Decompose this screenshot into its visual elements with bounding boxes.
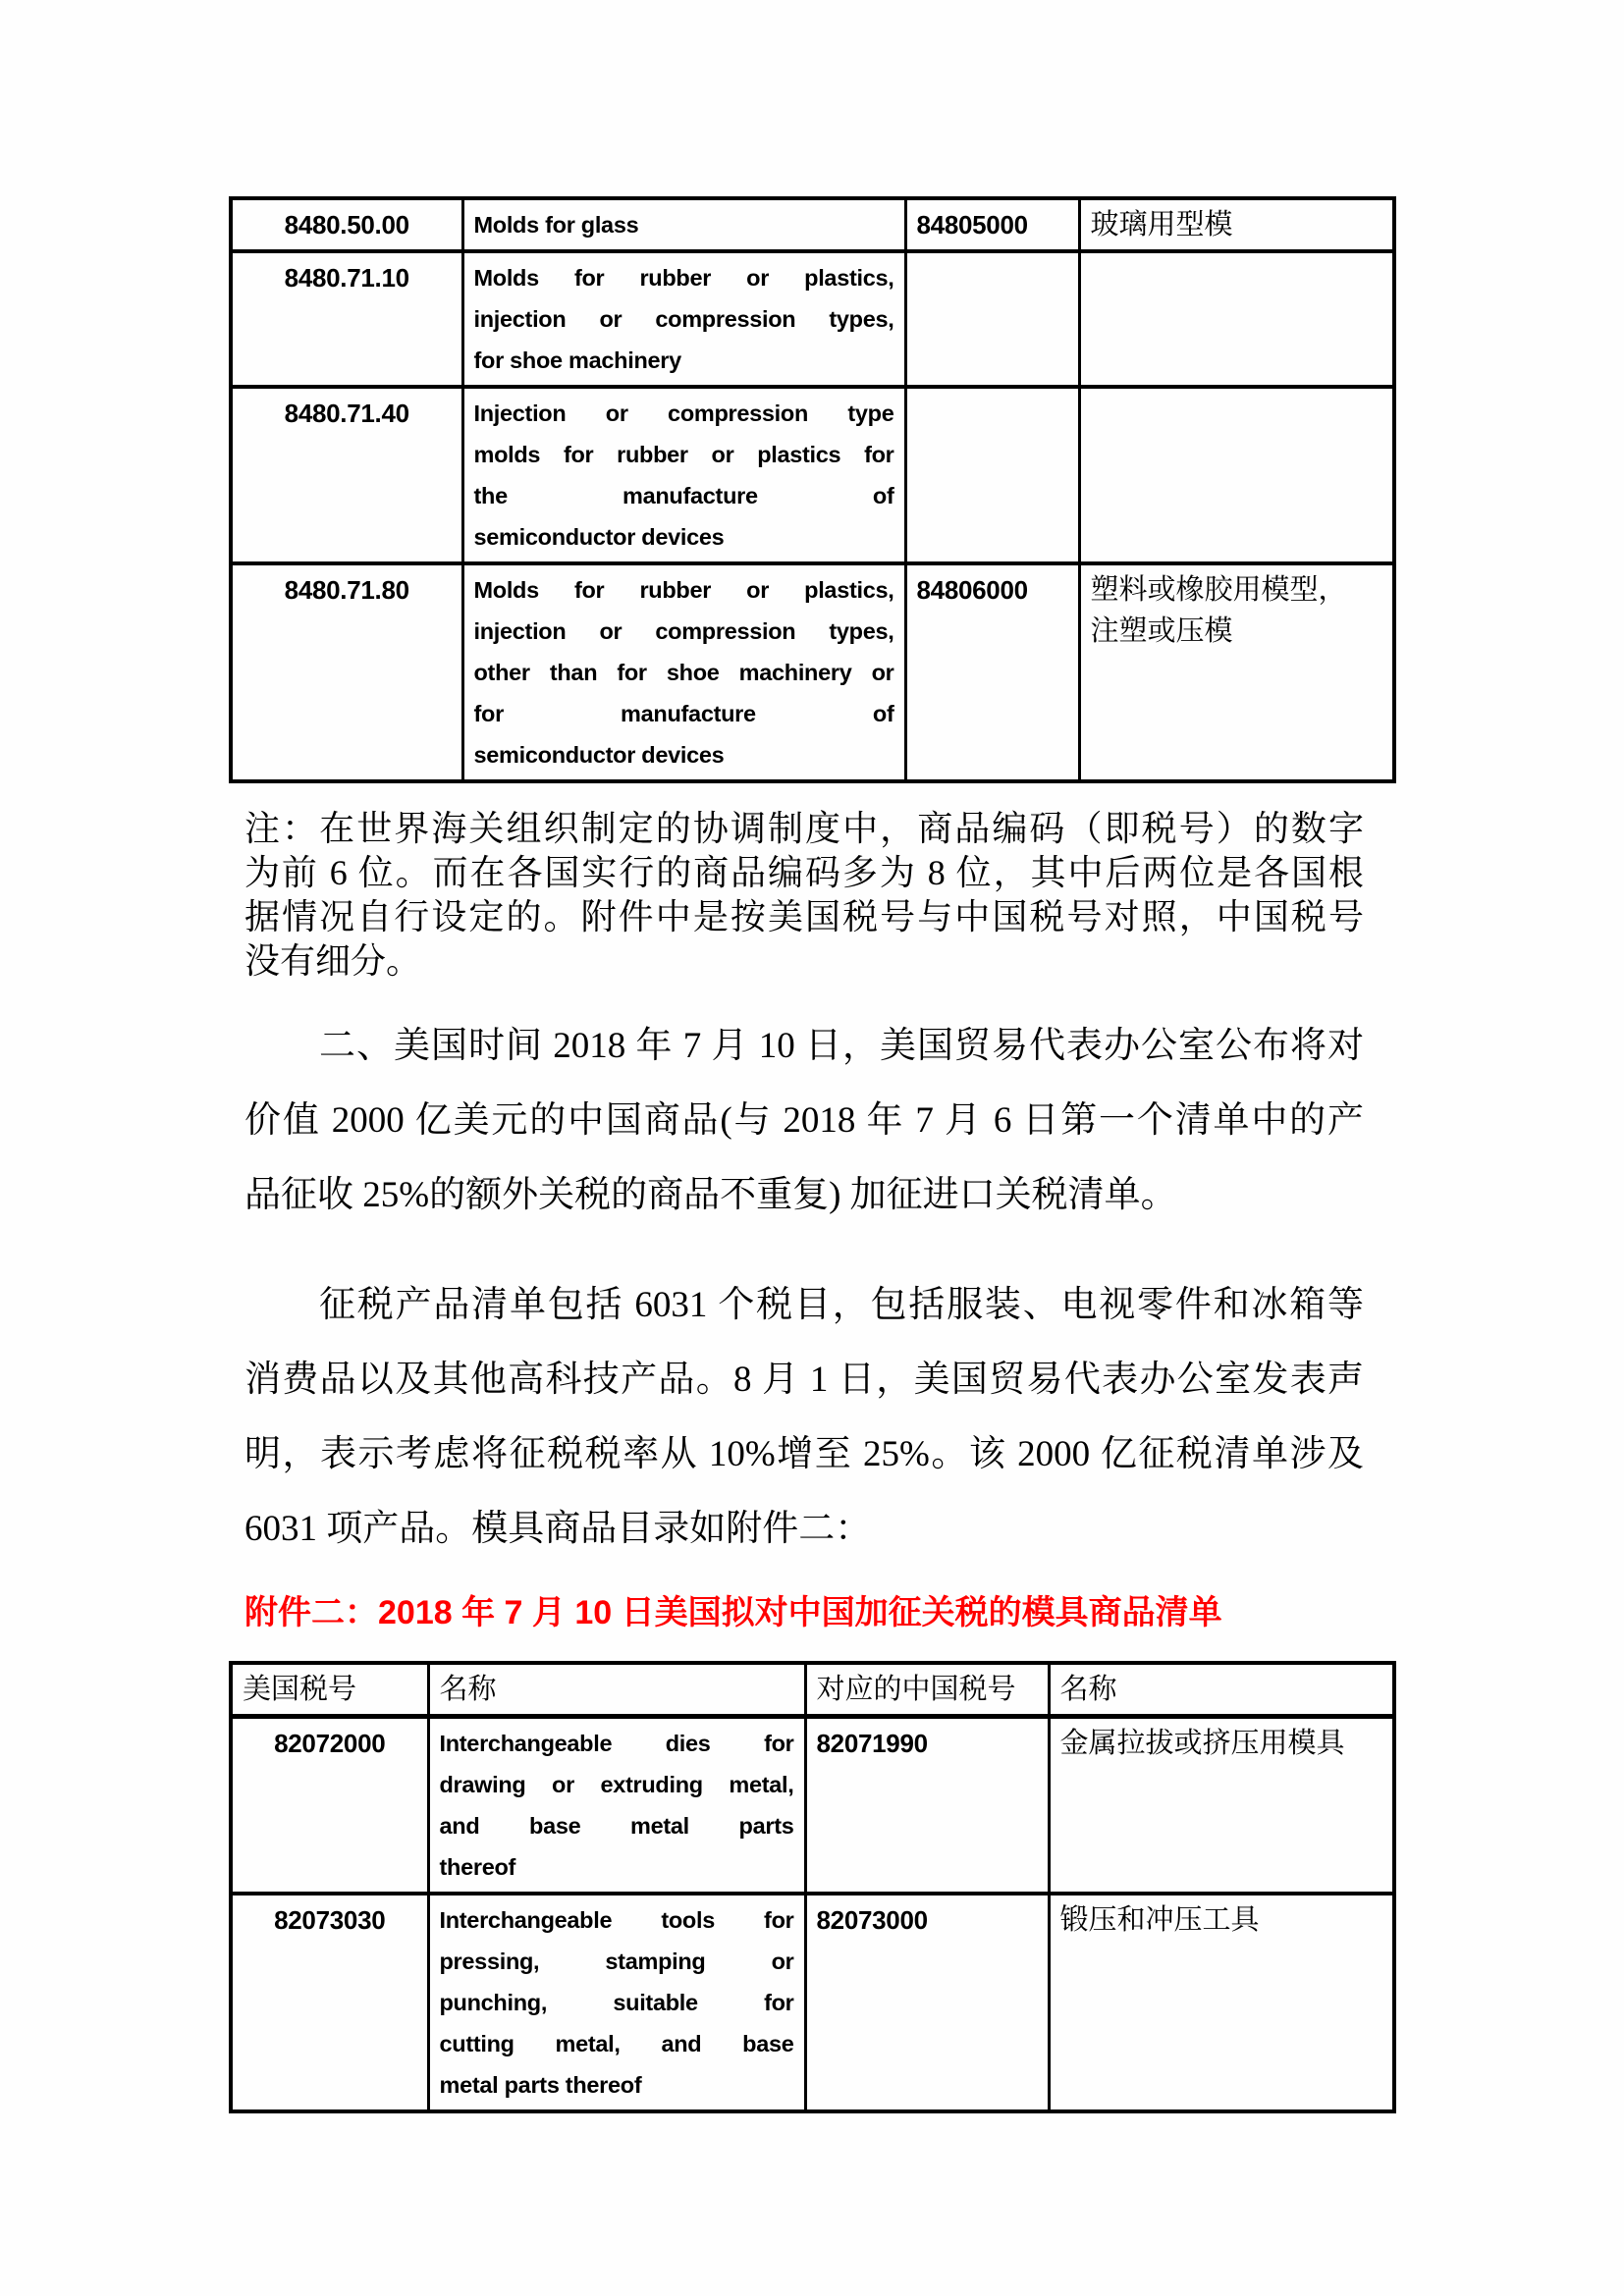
us-code-cell: 8480.71.40 (231, 387, 462, 563)
desc-line: the manufacture of (474, 475, 894, 516)
desc-line: thereof (440, 1846, 794, 1888)
desc-line: molds for rubber or plastics for (474, 434, 894, 475)
text-line: 征税产品清单包括 6031 个税目，包括服装、电视零件和冰箱等 (244, 1268, 1364, 1343)
cn-desc-cell: 塑料或橡胶用模型， 注塑或压模 (1079, 563, 1394, 781)
cn-desc-cell: 锻压和冲压工具 (1049, 1894, 1394, 2111)
text-line: 注：在世界海关组织制定的协调制度中，商品编码（即税号）的数字 (244, 807, 1364, 851)
desc-line: 玻璃用型模 (1091, 204, 1383, 245)
us-desc-cell: Molds for glass (462, 198, 905, 251)
table-row: 82072000 Interchangeable dies for drawin… (231, 1717, 1394, 1895)
cn-code-cell: 82073000 (805, 1894, 1049, 2111)
cn-desc-cell: 金属拉拔或挤压用模具 (1049, 1717, 1394, 1895)
desc-line: injection or compression types, (474, 611, 894, 652)
text-line: 消费品以及其他高科技产品。8 月 1 日，美国贸易代表办公室发表声 (244, 1343, 1364, 1417)
desc-line: and base metal parts (440, 1805, 794, 1846)
us-desc-cell: Molds for rubber or plastics, injection … (462, 563, 905, 781)
cn-code-cell: 82071990 (805, 1717, 1049, 1895)
desc-line: 塑料或橡胶用模型， (1091, 569, 1383, 611)
table-row: 8480.71.40 Injection or compression type… (231, 387, 1394, 563)
us-code-cell: 8480.71.80 (231, 563, 462, 781)
desc-line: for shoe machinery (474, 340, 894, 381)
us-code-cell: 8480.50.00 (231, 198, 462, 251)
desc-line: Molds for glass (474, 204, 894, 245)
table-header-row: 美国税号 名称 对应的中国税号 名称 (231, 1663, 1394, 1717)
table-row: 8480.71.10 Molds for rubber or plastics,… (231, 251, 1394, 387)
desc-line: Interchangeable tools for (440, 1899, 794, 1941)
text-line: 据情况自行设定的。附件中是按美国税号与中国税号对照，中国税号 (244, 895, 1364, 939)
tariff-table-1: 8480.50.00 Molds for glass 84805000 玻璃用型… (229, 196, 1396, 783)
desc-line: 金属拉拔或挤压用模具 (1060, 1723, 1383, 1764)
text-line: 价值 2000 亿美元的中国商品(与 2018 年 7 月 6 日第一个清单中的… (244, 1084, 1364, 1158)
desc-line: semiconductor devices (474, 734, 894, 775)
cn-code-cell (905, 251, 1079, 387)
table-row: 8480.50.00 Molds for glass 84805000 玻璃用型… (231, 198, 1394, 251)
desc-line: Molds for rubber or plastics, (474, 257, 894, 298)
cn-desc-cell (1079, 251, 1394, 387)
text-line: 6031 项产品。模具商品目录如附件二： (244, 1492, 1364, 1567)
header-us-code: 美国税号 (231, 1663, 428, 1717)
document-page: 8480.50.00 Molds for glass 84805000 玻璃用型… (0, 0, 1624, 2296)
desc-line: pressing, stamping or (440, 1941, 794, 1982)
table-row: 8480.71.80 Molds for rubber or plastics,… (231, 563, 1394, 781)
desc-line: cutting metal, and base (440, 2023, 794, 2064)
desc-line: injection or compression types, (474, 298, 894, 340)
text-line: 明，表示考虑将征税税率从 10%增至 25%。该 2000 亿征税清单涉及 (244, 1417, 1364, 1492)
desc-line: Injection or compression type (474, 393, 894, 434)
cn-code-cell: 84805000 (905, 198, 1079, 251)
cn-desc-cell (1079, 387, 1394, 563)
us-desc-cell: Molds for rubber or plastics, injection … (462, 251, 905, 387)
header-cn-code: 对应的中国税号 (805, 1663, 1049, 1717)
us-code-cell: 8480.71.10 (231, 251, 462, 387)
header-cn-name: 名称 (1049, 1663, 1394, 1717)
paragraph-tax-list: 征税产品清单包括 6031 个税目，包括服装、电视零件和冰箱等 消费品以及其他高… (244, 1268, 1364, 1567)
attachment-2-heading: 附件二：2018 年 7 月 10 日美国拟对中国加征关税的模具商品清单 (244, 1590, 1433, 1635)
desc-line: other than for shoe machinery or (474, 652, 894, 693)
desc-line: for manufacture of (474, 693, 894, 734)
us-desc-cell: Interchangeable dies for drawing or extr… (428, 1717, 805, 1895)
tariff-table-2: 美国税号 名称 对应的中国税号 名称 82072000 Interchangea… (229, 1661, 1396, 2113)
cn-desc-cell: 玻璃用型模 (1079, 198, 1394, 251)
desc-line: semiconductor devices (474, 516, 894, 558)
cn-code-cell (905, 387, 1079, 563)
note-paragraph: 注：在世界海关组织制定的协调制度中，商品编码（即税号）的数字 为前 6 位。而在… (244, 807, 1364, 984)
desc-line: punching, suitable for (440, 1982, 794, 2023)
desc-line: 锻压和冲压工具 (1060, 1899, 1383, 1941)
header-us-name: 名称 (428, 1663, 805, 1717)
us-desc-cell: Interchangeable tools for pressing, stam… (428, 1894, 805, 2111)
table-row: 82073030 Interchangeable tools for press… (231, 1894, 1394, 2111)
text-line: 品征收 25%的额外关税的商品不重复) 加征进口关税清单。 (244, 1158, 1364, 1233)
cn-code-cell: 84806000 (905, 563, 1079, 781)
desc-line: metal parts thereof (440, 2064, 794, 2106)
desc-line: Interchangeable dies for (440, 1723, 794, 1764)
paragraph-section-2: 二、美国时间 2018 年 7 月 10 日，美国贸易代表办公室公布将对 价值 … (244, 1009, 1364, 1233)
text-line: 没有细分。 (244, 939, 1364, 984)
text-line: 为前 6 位。而在各国实行的商品编码多为 8 位，其中后两位是各国根 (244, 851, 1364, 895)
desc-line: Molds for rubber or plastics, (474, 569, 894, 611)
us-code-cell: 82072000 (231, 1717, 428, 1895)
desc-line: drawing or extruding metal, (440, 1764, 794, 1805)
text-line: 二、美国时间 2018 年 7 月 10 日，美国贸易代表办公室公布将对 (244, 1009, 1364, 1084)
us-desc-cell: Injection or compression type molds for … (462, 387, 905, 563)
us-code-cell: 82073030 (231, 1894, 428, 2111)
desc-line: 注塑或压模 (1091, 611, 1383, 652)
